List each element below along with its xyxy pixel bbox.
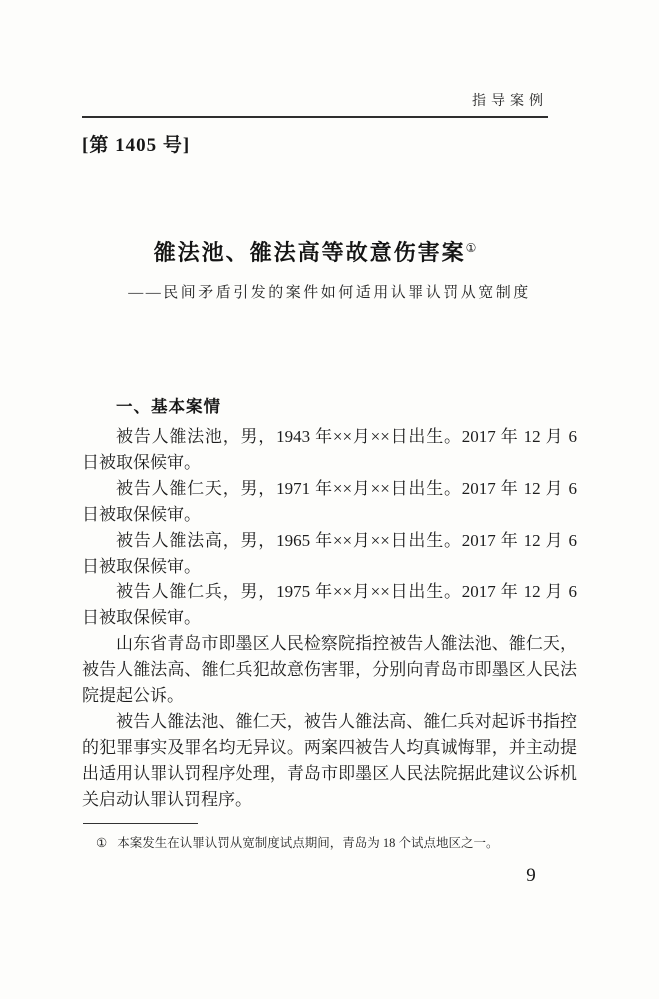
footnote-text: 本案发生在认罪认罚从宽制度试点期间，青岛为 18 个试点地区之一。: [117, 836, 498, 850]
case-title-text: 雒法池、雒法高等故意伤害案: [154, 240, 466, 265]
paragraph: 被告人雒仁兵，男，1975 年××月××日出生。2017 年 12 月 6 日被…: [82, 579, 577, 631]
footnote: ①本案发生在认罪认罚从宽制度试点期间，青岛为 18 个试点地区之一。: [96, 835, 561, 852]
paragraph: 被告人雒法池、雒仁天，被告人雒法高、雒仁兵对起诉书指控的犯罪事实及罪名均无异议。…: [82, 709, 577, 813]
case-number: [第 1405 号]: [82, 130, 190, 157]
case-subtitle: ——民间矛盾引发的案件如何适用认罪认罚从宽制度: [82, 281, 577, 302]
paragraph: 被告人雒仁天，男，1971 年××月××日出生。2017 年 12 月 6 日被…: [82, 476, 577, 528]
body-text: 被告人雒法池，男，1943 年××月××日出生。2017 年 12 月 6 日被…: [82, 424, 577, 813]
document-page: 指导案例 [第 1405 号] 雒法池、雒法高等故意伤害案① ——民间矛盾引发的…: [0, 0, 659, 999]
case-title: 雒法池、雒法高等故意伤害案①: [82, 236, 548, 267]
paragraph: 被告人雒法池，男，1943 年××月××日出生。2017 年 12 月 6 日被…: [82, 424, 577, 476]
paragraph: 被告人雒法高，男，1965 年××月××日出生。2017 年 12 月 6 日被…: [82, 528, 577, 580]
header-rule: [82, 116, 548, 118]
page-number: 9: [518, 865, 544, 887]
section-heading-basic-facts: 一、基本案情: [116, 393, 221, 417]
footnote-marker: ①: [96, 835, 107, 852]
title-footnote-marker: ①: [466, 241, 477, 255]
paragraph: 山东省青岛市即墨区人民检察院指控被告人雒法池、雒仁天，被告人雒法高、雒仁兵犯故意…: [82, 631, 577, 709]
running-header: 指导案例: [82, 90, 548, 110]
footnote-divider: [83, 823, 198, 824]
